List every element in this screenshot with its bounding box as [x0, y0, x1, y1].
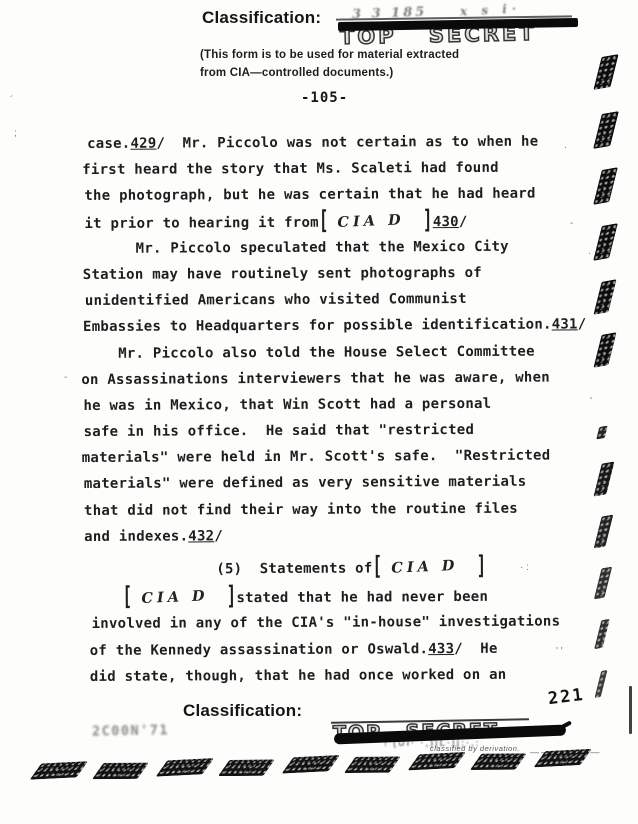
- edge-mark: [593, 332, 616, 368]
- edge-mark: [156, 758, 215, 777]
- text-segment: 429: [130, 136, 156, 152]
- bottom-edge-marks: [36, 749, 607, 793]
- edge-tick-mark: [629, 686, 632, 734]
- edge-mark: [92, 763, 149, 780]
- scan-noise-dot: .: [588, 246, 591, 257]
- text-line: on Assassinations interviewers that he w…: [81, 364, 596, 393]
- edge-mark: [30, 761, 89, 780]
- text-segment: involved in any of the CIA's "in-house" …: [92, 614, 561, 632]
- text-line: Station may have routinely sent photogra…: [83, 259, 596, 288]
- bracket-mark: [: [319, 199, 329, 241]
- text-segment: Mr. Piccolo also told the House Select C…: [118, 343, 535, 361]
- scanned-document-page: Classification: 3 3 185 x s i· TOP SECRE…: [0, 0, 638, 824]
- text-segment: first heard the story that Ms. Scaleti h…: [82, 160, 499, 178]
- text-line: [CIA D]stated that he had never been: [122, 582, 597, 611]
- text-line: materials" were held in Mr. Scott's safe…: [82, 443, 597, 472]
- text-line: it prior to hearing it from[CIA D]430/: [84, 207, 595, 236]
- scan-noise-dot: · :: [520, 562, 529, 573]
- text-segment: 432: [188, 528, 214, 544]
- scan-noise-dot: ': [590, 396, 592, 407]
- text-line: he was in Mexico, that Win Scott had a p…: [83, 390, 596, 419]
- edge-mark: [593, 111, 619, 149]
- edge-mark: [593, 279, 616, 315]
- text-segment: 430: [433, 214, 459, 230]
- text-segment: / Mr. Piccolo was not certain as to when…: [156, 134, 538, 152]
- text-segment: did state, though, that he had once work…: [90, 667, 507, 685]
- form-note-line2: from CIA—controlled documents.): [200, 67, 393, 79]
- text-segment: it prior to hearing it from: [84, 214, 318, 231]
- text-segment: /: [578, 317, 587, 333]
- text-segment: materials" were held in Mr. Scott's safe…: [82, 448, 551, 466]
- text-segment: 431: [552, 317, 578, 333]
- text-line: first heard the story that Ms. Scaleti h…: [82, 154, 595, 183]
- text-line: involved in any of the CIA's "in-house" …: [92, 609, 598, 638]
- text-segment: the photograph, but he was certain that …: [84, 186, 535, 204]
- page-number-bottom: 221: [547, 685, 586, 709]
- text-segment: materials" were defined as very sensitiv…: [84, 474, 527, 492]
- text-line: of the Kennedy assassination or Oswald.4…: [90, 635, 598, 664]
- text-line: materials" were defined as very sensitiv…: [84, 469, 597, 498]
- edge-mark: [533, 749, 592, 768]
- handwritten-cia-d-annotation: CIA D: [328, 206, 423, 236]
- scan-noise-dot: .: [564, 140, 567, 151]
- text-line: safe in his office. He said that "restri…: [84, 416, 597, 445]
- edge-mark: [218, 760, 275, 777]
- text-line: Embassies to Headquarters for possible i…: [83, 312, 596, 341]
- scan-noise-dot: -: [64, 372, 67, 383]
- edge-mark: [596, 425, 608, 439]
- scan-noise-dot: ' ': [556, 646, 563, 657]
- text-segment: that did not find their way into the rou…: [84, 500, 518, 518]
- page-number-top: -105-: [301, 90, 348, 106]
- edge-mark: [593, 223, 618, 261]
- text-segment: /: [214, 528, 223, 544]
- edge-mark: [470, 753, 527, 770]
- text-segment: /: [459, 214, 468, 230]
- edge-mark: [408, 752, 467, 771]
- text-segment: case.: [87, 136, 130, 152]
- scan-noise-dot: .: [600, 55, 602, 64]
- text-segment: (5) Statements of: [216, 560, 372, 577]
- bracket-mark: ]: [476, 545, 486, 587]
- text-segment: / He: [454, 640, 497, 656]
- handwritten-cia-d-annotation: CIA D: [132, 583, 227, 613]
- illegible-faint-stamp: 2C00N'71: [92, 722, 169, 739]
- scan-noise-dot: ;: [14, 128, 17, 139]
- text-line: that did not find their way into the rou…: [84, 495, 597, 524]
- text-segment: he was in Mexico, that Win Scott had a p…: [83, 396, 491, 414]
- text-segment: 433: [428, 641, 454, 657]
- handwritten-cia-d-annotation: CIA D: [382, 552, 477, 582]
- bracket-mark: ]: [226, 576, 236, 618]
- text-segment: stated that he had never been: [236, 589, 488, 606]
- text-segment: on Assassinations interviewers that he w…: [81, 369, 550, 387]
- edge-mark: [344, 756, 401, 773]
- edge-mark: [593, 167, 618, 205]
- form-note-line1: (This form is to be used for material ex…: [200, 49, 459, 61]
- scan-noise-dot: -: [570, 218, 573, 229]
- text-segment: Station may have routinely sent photogra…: [83, 265, 482, 283]
- text-segment: Embassies to Headquarters for possible i…: [83, 317, 552, 335]
- text-line: Mr. Piccolo also told the House Select C…: [118, 338, 596, 367]
- edge-mark: [282, 755, 341, 774]
- text-segment: of the Kennedy assassination or Oswald.: [90, 641, 429, 659]
- text-segment: and indexes.: [84, 528, 188, 545]
- classification-label-top: Classification:: [202, 8, 321, 28]
- text-line: case.429/ Mr. Piccolo was not certain as…: [87, 128, 595, 157]
- text-line: Mr. Piccolo speculated that the Mexico C…: [136, 233, 596, 262]
- text-segment: safe in his office. He said that "restri…: [84, 422, 475, 440]
- document-body-text: case.429/ Mr. Piccolo was not certain as…: [80, 128, 598, 690]
- scan-noise-dot: ´: [10, 95, 13, 106]
- bracket-mark: ]: [423, 199, 433, 241]
- text-line: (5) Statements of[CIA D]: [216, 553, 597, 581]
- text-line: and indexes.432/: [84, 521, 597, 550]
- bracket-mark: [: [122, 576, 132, 618]
- edge-mark: [593, 54, 618, 90]
- text-line: did state, though, that he had once work…: [90, 661, 598, 690]
- text-segment: unidentified Americans who visited Commu…: [85, 291, 467, 309]
- bracket-mark: [: [372, 546, 382, 588]
- text-line: the photograph, but he was certain that …: [84, 181, 595, 210]
- text-line: unidentified Americans who visited Commu…: [85, 285, 596, 314]
- classification-label-bottom: Classification:: [183, 701, 302, 721]
